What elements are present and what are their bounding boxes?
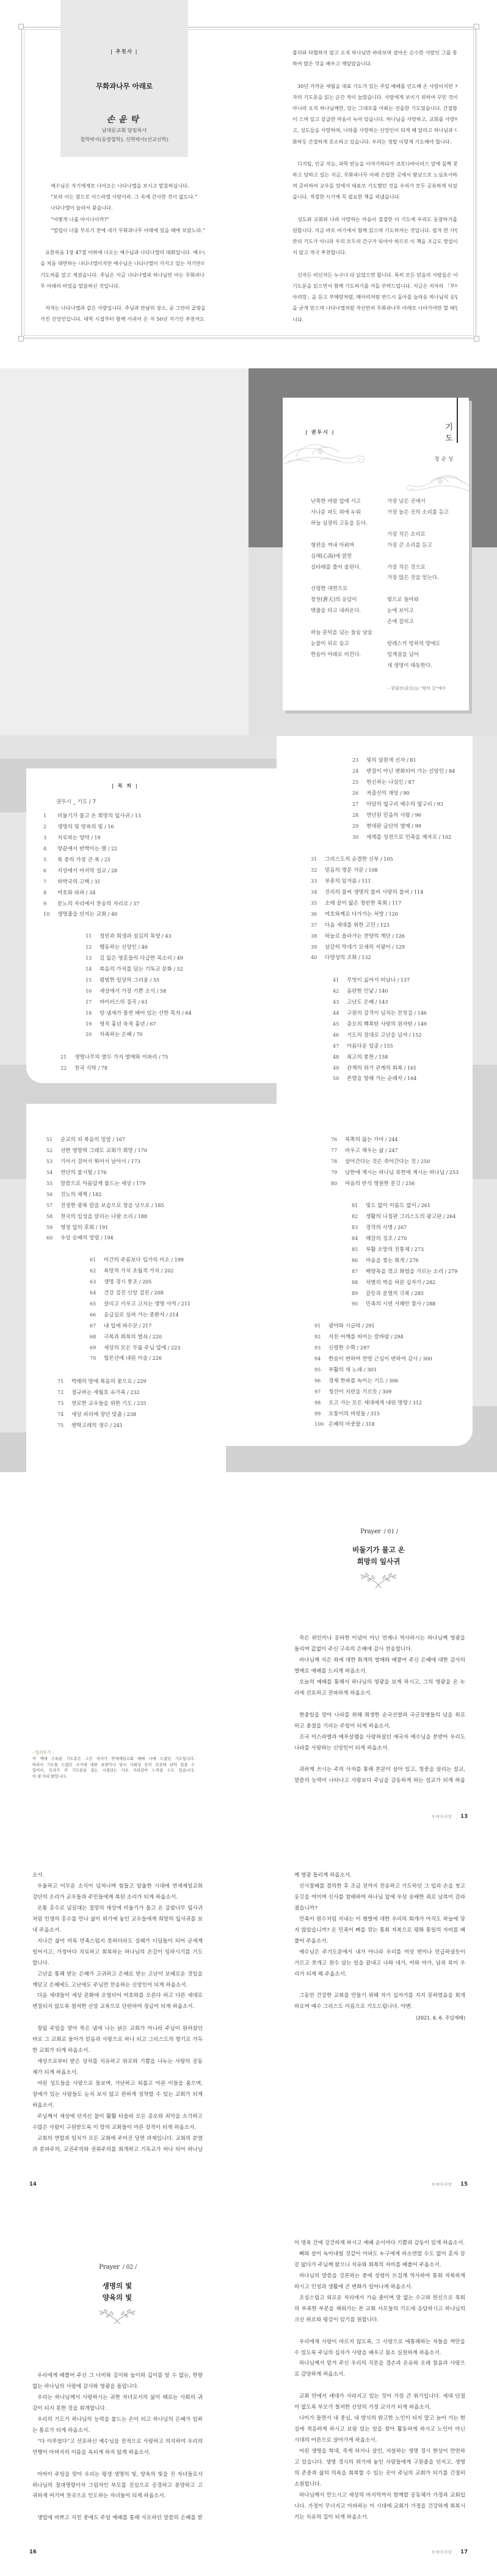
toc-entry-separator: / bbox=[374, 1054, 379, 1060]
toc-entry-title: 변질이 아닌 변화되어 가는 신앙인 bbox=[366, 768, 444, 775]
toc-entry-number: 22 bbox=[60, 1063, 74, 1074]
paragraph-group: 현충일을 맞아 나라를 위해 희생한 순국선열과 국군장병들의 넋을 위로하고 … bbox=[294, 1710, 465, 1754]
paragraph: 주님께서 세상에 던지신 불이 활활 타올라 모든 증오와 죄악을 소각하고수많… bbox=[32, 2112, 203, 2134]
toc-group: 51순교의 피 복음의 밀알 / 16752선한 영향력 그래도 교회가 희망 … bbox=[46, 1134, 164, 1244]
text-line: 말씀의 능력이 나타나고 사람보다 주님을 감동하게 하는 설교가 되게 하옵 bbox=[294, 1776, 465, 1787]
toc-entry-page: 78 bbox=[101, 1065, 107, 1071]
toc-entry-number: 38 bbox=[311, 931, 325, 942]
poem-line: 심해(心海)에 얽힌 bbox=[311, 552, 372, 563]
text-line: 바로 그 교회로 돌아가 믿음과 사랑으로 하나 되고 그리스도의 향기로 가득 bbox=[32, 2035, 203, 2046]
toc-entry: 93신령한 수확 / 297 bbox=[314, 1343, 432, 1354]
paragraph: 요한복음 1장 47절 이하에 나오는 예수님과 나다나엘의 대화입니다. 예수… bbox=[40, 247, 205, 291]
text-line: 불의와 타협하지 않고 오직 하나님만 바라보며 살아온 순수한 사람인 그를 … bbox=[292, 47, 457, 58]
text-line: 신자든 비신자든 누구나 다 읽었으면 합니다. 특히 모든 믿음의 사람들은 … bbox=[292, 269, 457, 280]
text-line: 크신 위로와 평강이 있기를 원합니다. bbox=[294, 2315, 465, 2326]
paragraph: 오늘의 예배를 통해서 하나님의 영광을 보게 하시고, 그의 영광을 온 누리… bbox=[294, 1677, 465, 1699]
toc-entry-page: 241 bbox=[114, 1423, 123, 1428]
toc-entry-title: 마음을 찢는 회개 bbox=[366, 1258, 405, 1264]
paragraph-group: 아 영육 간에 강건하게 하시고 예배 순서마다 기쁨과 감동이 있게 하옵소서… bbox=[294, 2238, 465, 2326]
page-number: 15 bbox=[460, 2181, 468, 2187]
toc-entry-title: 양 냄새가 물씬 배어 있는 선한 목자 bbox=[100, 1010, 181, 1016]
footer-separator: _ bbox=[455, 1814, 458, 1819]
toc-group: 23빛의 삼원색 신자 / 8124변질이 아닌 변화되어 가는 신앙인 / 8… bbox=[352, 755, 455, 843]
toc-entry-number: 44 bbox=[333, 1008, 347, 1019]
toc-entry-page: 84 bbox=[449, 768, 455, 774]
poem-line: 형편을 꺼내 아뢰며 bbox=[311, 541, 372, 552]
toc-entry-title: 바이러스의 질곡 bbox=[100, 999, 137, 1005]
toc-entry: 19영적 흉년 육적 흉년 / 67 bbox=[85, 1019, 192, 1030]
toc-entry-number: 97 bbox=[314, 1387, 328, 1398]
text-line: 합니다. bbox=[32, 1958, 203, 1969]
toc-entry-separator: / bbox=[366, 1411, 371, 1417]
toc-entry-number: 91 bbox=[314, 1321, 328, 1332]
toc-entry-number: 39 bbox=[311, 942, 325, 953]
running-title: 부메아리랑 bbox=[431, 2550, 452, 2555]
toc-entry-separator: / bbox=[410, 1291, 415, 1296]
toc-entry-separator: / bbox=[391, 944, 396, 950]
paragraph: “보라 이는 참으로 이스라엘 사람이라. 그 속에 간사한 것이 없도다.” bbox=[51, 191, 205, 202]
toc-entry-page: 273 bbox=[415, 1247, 424, 1252]
section-label: | 권두시 | bbox=[305, 429, 335, 436]
toc-entry-title: 행동하는 신앙인 bbox=[100, 944, 137, 950]
poem-line: 손에 잡히고 bbox=[387, 617, 449, 628]
toc-entry-page: 176 bbox=[97, 1170, 106, 1175]
toc-entry-separator: / bbox=[393, 1225, 397, 1230]
toc-entry-separator: / bbox=[155, 988, 160, 994]
prayer-number: / 01 / bbox=[384, 1529, 398, 1535]
toc-entry-separator: / bbox=[391, 933, 396, 939]
toc-entry-title: 세상 피리에 장단 맞춤 bbox=[71, 1412, 122, 1418]
paragraph-group: 저자는 나다나엘과 같은 사람입니다. 주님과 만남의 장소, 곧 그만의 골방… bbox=[40, 302, 205, 324]
toc-entry-page: 214 bbox=[169, 1312, 178, 1318]
notice-line: 이 책에 수록된 기도문은 그간 저자가 연세제일교회 예배 시에 드렸던 기도… bbox=[32, 1756, 195, 1762]
toc-entry-number: 74 bbox=[57, 1409, 71, 1420]
paragraph-group: 디지털, 인공 지능, 과학 만능을 이야기하다가 코로나바이러스 앞에 꼼짝 … bbox=[292, 158, 457, 203]
text-line: 하나님께서 맡겨 주신 우리의 직분을 겸손과 온유와 오래 참음과 사랑으 bbox=[294, 2359, 465, 2370]
poem-line: 탯줄을 타고 내려온다. bbox=[311, 606, 372, 617]
toc-entry-title: 생활의 나침판 그리스도의 광고판 bbox=[366, 1214, 441, 1220]
text-line: 생업에 바쁘고 지친 중에도 주일 예배를 통해 사모하던 말씀의 은혜를 받 bbox=[32, 2513, 203, 2524]
toc-entry-separator: / bbox=[402, 1065, 407, 1071]
toc-entry-number: 53 bbox=[46, 1156, 60, 1167]
toc-entry: 57진정한 광복 칼을 보습으로 창을 낫으로 / 185 bbox=[46, 1200, 164, 1211]
toc-entry-title: 그리스도의 순결한 신부 bbox=[325, 856, 379, 863]
toc-entry-number: 73 bbox=[57, 1398, 71, 1409]
text-line: 없는 하나님의 사랑에 감사와 영광을 돌립니다. bbox=[32, 2382, 203, 2393]
paragraph: 현충일을 맞아 나라를 위해 희생한 순국선열과 국군장병들의 넋을 위로하고 … bbox=[294, 1710, 465, 1732]
toc-entry-number: 54 bbox=[46, 1167, 60, 1178]
text-line: 졌습니까? bbox=[294, 1903, 465, 1914]
text-line: 지 않았습니까? 온 민족이 뼈를 깎는 통회 자복으로 평화 통일의 자비를 … bbox=[294, 1925, 465, 1936]
toc-entry-separator: / bbox=[374, 988, 379, 994]
toc-entry: 18양 냄새가 물씬 배어 있는 선한 목자 / 64 bbox=[85, 1008, 192, 1019]
toc-entry-page: 132 bbox=[361, 955, 371, 960]
toc-entry-page: 238 bbox=[127, 1412, 136, 1417]
toc-entry-page: 167 bbox=[116, 1137, 125, 1142]
toc-entry-separator: / bbox=[416, 1203, 421, 1208]
toc-entry: 7하박국의 고백 / 31 bbox=[43, 877, 141, 888]
toc-entry-number: 12 bbox=[85, 942, 100, 953]
toc-entry: 46기도의 장대로 고난을 넘자 / 152 bbox=[333, 1030, 427, 1041]
toc-entry: 87백향목을 꺾고 화염을 가르는 소리 / 279 bbox=[352, 1266, 457, 1277]
text-line: 세상으로부터 받은 상처를 치유하고 위로와 기쁨을 나누는 사랑의 공동 bbox=[32, 2057, 203, 2068]
toc-entry-number: 3 bbox=[43, 833, 57, 844]
toc-entry: 69세상의 모든 무릎 주님 앞에 / 223 bbox=[90, 1343, 190, 1354]
toc-entry-page: 137 bbox=[401, 977, 410, 983]
text-line: 오늘의 예배를 통해서 하나님의 영광을 보게 하시고, 그의 영광을 온 누 bbox=[294, 1677, 465, 1688]
running-title: 부메아리랑 bbox=[431, 2182, 452, 2187]
toc-entry-separator: / bbox=[137, 1323, 142, 1329]
poem-title: 기도 bbox=[443, 423, 452, 445]
toc-entry-number: 60 bbox=[46, 1233, 60, 1244]
toc-entry-page: 170 bbox=[138, 1148, 147, 1153]
paragraph-group: 죽은 위인이나 공허한 이념이 아닌 언제나 역사하시는 하나님께 영광을돌리며… bbox=[294, 1633, 465, 1699]
toc-entry-title: 여호와 라파 bbox=[57, 890, 84, 896]
toc-entry-title: 분노의 자리에서 찬송의 자리로 bbox=[57, 901, 128, 907]
toc-entry-page: 28 bbox=[111, 868, 117, 874]
toc-entry-title: 생명줄을 던지는 교회 bbox=[57, 911, 106, 918]
toc-entry-page: 276 bbox=[409, 1258, 418, 1263]
toc-entry-page: 208 bbox=[154, 1290, 163, 1296]
toc-entry: 94한숨이 변하여 찬양 근심이 변하여 감사 / 300 bbox=[314, 1354, 432, 1365]
text-line: 기도처를 알고 계셨습니다. 주님은 지금 나다나엘과 하나님만 아는 무화과나 bbox=[40, 269, 205, 280]
toc-entry-page: 267 bbox=[397, 1225, 407, 1230]
toc-entry-page: 149 bbox=[418, 1021, 427, 1027]
paragraph-group: 30년 가까운 세월을 대표 기도가 있는 주일 예배를 인도해 온 사람이지만… bbox=[292, 81, 457, 147]
toc-entry-page: 226 bbox=[153, 1356, 162, 1361]
toc-entry-page: 309 bbox=[382, 1389, 391, 1395]
page-footer: 14 bbox=[29, 2179, 37, 2188]
toc-entry-title: 삼갈의 막대기 모세의 지팡이 bbox=[325, 944, 391, 950]
toc-entry-separator: / bbox=[416, 1159, 421, 1164]
text-line: 니다. bbox=[292, 314, 457, 325]
prayer-label: Prayer bbox=[99, 2263, 120, 2271]
paragraph: 소서. bbox=[32, 1870, 203, 1881]
paragraph: 지나간 삶이 비록 만족스럽지 못하더라도 실패가 디딤돌이 되어 굳세게일어서… bbox=[32, 1936, 203, 1969]
poem-line: 가장 작은 소리로 bbox=[387, 530, 449, 541]
paragraph-group: 불의와 타협하지 않고 오직 하나님만 바라보며 살아온 순수한 사람인 그를 … bbox=[292, 47, 457, 69]
toc-entry: 54연단의 불시험 / 176 bbox=[46, 1167, 164, 1178]
paragraph: 온통 홍수로 넘실대는 절망의 세상에 비둘기가 물고 온 감람나무 잎사귀처럼… bbox=[32, 1903, 203, 1936]
toc-entry-page: 108 bbox=[368, 867, 377, 873]
toc-entry-number: 64 bbox=[90, 1288, 104, 1299]
poem-line: 한숨이 아래로 비낀다. bbox=[311, 650, 372, 661]
toc-entry-title: 진노의 채찍 bbox=[60, 1192, 87, 1198]
toc-entry: 6지상에서 마지막 설교 / 28 bbox=[43, 866, 141, 877]
paragraph: 예수님은 자기에게로 나아오는 나다나엘을 보시고 말씀하십니다. bbox=[51, 180, 205, 191]
toc-entry: 78살아간다는 것은 죽어간다는 것 / 250 bbox=[331, 1156, 459, 1167]
toc-entry-title: 하박국의 고백 bbox=[57, 879, 90, 885]
paragraph-group: 께 영광 돌리게 하옵소서.신사참배를 결의한 후 조금 전까지 찬송하고 기도… bbox=[294, 1870, 465, 1980]
text-line: 우리에게 베풀어 주신 그 너비와 길이와 높이와 깊이를 알 수 없는, 한량 bbox=[32, 2371, 203, 2382]
toc-entry-title: 빛의 삼원색 신자 bbox=[366, 757, 405, 764]
toc-entry: 5복 중의 가장 큰 복 / 25 bbox=[43, 855, 141, 866]
poem-line: 빛으로 돌아와 bbox=[387, 595, 449, 606]
toc-entry: 4땅끝에서 반짝이는 별 / 22 bbox=[43, 844, 141, 855]
toc-entry-title: 무엇이 싫어서 떠났나 bbox=[347, 977, 396, 983]
toc-entry-title: 마음의 반석 영원한 분깃 bbox=[345, 1181, 401, 1187]
toc-entry: 53기어서 걸어서 뛰어서 날아서 / 173 bbox=[46, 1156, 164, 1167]
paragraph: 어린 성도들을 사랑으로 돌보며, 가난하고 외롭고 아픈 이들을 품으며,장애… bbox=[32, 2079, 203, 2112]
running-title: 부메아리랑 bbox=[431, 1814, 452, 1819]
toc-entry-page: 202 bbox=[164, 1268, 173, 1274]
recommendation-right-column: 불의와 타협하지 않고 오직 하나님만 바라보며 살아온 순수한 사람인 그를 … bbox=[292, 47, 457, 325]
toc-heading: | 목 차 | bbox=[95, 783, 156, 790]
toc-entry-title: 순교의 피 복음의 밀알 bbox=[60, 1137, 111, 1143]
text-line: 교회의 연합과 일치가 모든 교회에 주어진 당면 과제입니다. 교회의 분열 bbox=[32, 2134, 203, 2145]
toc-entry-separator: / bbox=[133, 1214, 138, 1219]
toc-entry-page: 191 bbox=[99, 1225, 108, 1230]
toc-entry-number: 83 bbox=[352, 1222, 366, 1233]
text-line: 디지털, 인공 지능, 과학 만능을 이야기하다가 코로나바이러스 앞에 꼼짝 … bbox=[292, 158, 457, 169]
toc-entry-title: 기어서 걸어서 뛰어서 날아서 bbox=[60, 1159, 126, 1165]
paragraph-group: 요한복음 1장 47절 이하에 나오는 예수님과 나다나엘의 대화입니다. 예수… bbox=[40, 247, 205, 291]
toc-entry-page: 117 bbox=[392, 900, 401, 906]
quote-block: 예수님은 자기에게로 나아오는 나다나엘을 보시고 말씀하십니다.“보라 이는 … bbox=[40, 180, 205, 236]
recommendation-title: 무화과나무 아래로 bbox=[60, 82, 188, 90]
paragraph: 하나님께서 만드시고 세상의 마지막까지 함께할 공동체가 가정과 교회입니다.… bbox=[294, 2490, 465, 2523]
toc-entry-page: 318 bbox=[365, 1421, 374, 1427]
toc-entry-title: 절규하는 세월호 유가족 bbox=[71, 1390, 125, 1396]
paragraph: 30년 가까운 세월을 대표 기도가 있는 주일 예배를 인도해 온 사람이지만… bbox=[292, 81, 457, 147]
toc-entry-page: 16 bbox=[107, 824, 114, 830]
toc-entry: 55말씀으로 아름답게 물드는 세상 / 179 bbox=[46, 1178, 164, 1189]
toc-entry-page: 49 bbox=[177, 955, 183, 961]
paragraph: 아 영육 간에 강건하게 하시고 예배 순서마다 기쁨과 감동이 있게 하옵소서… bbox=[294, 2238, 465, 2249]
toc-entry-number: 80 bbox=[331, 1178, 345, 1189]
toc-entry-page: 13 bbox=[135, 813, 141, 819]
text-line: 뼈와 살이 녹아내릴 것같이 아파도 누구에게 하소연할 수도 없어 혼자 끙 bbox=[294, 2249, 465, 2260]
toc-entry: 90민족의 시련 서해안 참사 / 288 bbox=[352, 1299, 457, 1310]
toc-entry: 61미간의 주름보다 입가의 미소 / 199 bbox=[90, 1255, 190, 1266]
prayer-heading: Prayer/ 02 / bbox=[75, 2261, 161, 2272]
text-line: 나다나엘이 놀라서 묻습니다. bbox=[51, 202, 205, 213]
toc-entry-number: 34 bbox=[311, 887, 325, 898]
page-14-body: 소서.우울하고 어두운 소식이 넘쳐나며 힘들고 암울한 시대에 연세제일교회강… bbox=[32, 1870, 203, 2156]
toc-entry-title: 내 입에 파수꾼 bbox=[104, 1323, 137, 1329]
toc-entry-separator: / bbox=[148, 1356, 153, 1361]
notice-body: 이 책에 수록된 기도문은 그간 저자가 연세제일교회 예배 시에 드렸던 기도… bbox=[32, 1756, 195, 1779]
toc-entry-number: 24 bbox=[352, 766, 366, 777]
toc-entry-title: 지상에서 마지막 설교 bbox=[57, 868, 106, 874]
text-line: 시대의 어른으로 살아가게 하옵소서. bbox=[294, 2436, 465, 2446]
author-role: 남대문교회 담임목사 bbox=[60, 126, 188, 134]
toc-entry-number: 11 bbox=[85, 931, 100, 942]
text-line: 리가 되게 해 주옵소서. bbox=[294, 1969, 465, 1980]
toc-entry: 30세계를 성전으로 민족을 제자로 / 102 bbox=[352, 832, 455, 843]
toc-entry-page: 120 bbox=[389, 911, 398, 917]
paragraph: 민족이 원수처럼 지내는 이 형벌에 대한 우리의 회개가 아직도 하늘에 닿지… bbox=[294, 1914, 465, 1947]
text-line: 지나간 삶이 비록 만족스럽지 못하더라도 실패가 디딤돌이 되어 굳세게 bbox=[32, 1936, 203, 1947]
toc-entry: 16세상에서 가장 기쁜 소식 / 58 bbox=[85, 986, 192, 997]
toc-entry-page: 291 bbox=[365, 1323, 374, 1329]
toc-entry-number: 72 bbox=[57, 1387, 71, 1398]
toc-entry: 74세상 피리에 장단 맞춤 / 238 bbox=[57, 1409, 147, 1420]
toc-entry: 70헐몬산에 내린 이슬 / 226 bbox=[90, 1353, 190, 1364]
toc-entry-number: 84 bbox=[352, 1233, 366, 1244]
toc-entry-title: 생명의 빛 양육의 빛 bbox=[57, 824, 103, 830]
poem-line: 눈에 보이고 bbox=[387, 606, 449, 617]
toc-entry-number: 36 bbox=[311, 909, 325, 920]
toc-entry-title: 세상의 모든 무릎 주님 앞에 bbox=[104, 1345, 166, 1351]
toc-entry-number: 61 bbox=[90, 1255, 104, 1266]
toc-entry-title: 여호와께로 다가가는 처방 bbox=[325, 911, 384, 918]
toc-entry-separator: / bbox=[137, 1279, 142, 1285]
toc-entry-title: 남한에 계시는 하나님 북한에 계시는 하나님 bbox=[345, 1170, 444, 1176]
paragraph: 나이가 들면서 내 중심, 내 방식의 완고한 노인이 되지 말고 늙어 가는 … bbox=[294, 2414, 465, 2446]
notice-heading: : 일러두기 : bbox=[32, 1749, 195, 1756]
toc-entry-page: 70 bbox=[136, 1032, 142, 1037]
paragraph: 나다나엘이 놀라서 묻습니다. bbox=[51, 202, 205, 213]
toc-entry: 14복음의 가치를 담는 기독교 문화 / 52 bbox=[85, 964, 192, 975]
text-line: 깨닫고 은혜에도 고난에도 주님만 찬송하는 신앙인이 되게 하옵소서. bbox=[32, 1980, 203, 1991]
toc-entry-page: 256 bbox=[405, 1181, 415, 1186]
toc-group: 61미간의 주름보다 입가의 미소 / 19962욕망적 가치 초월적 가치 /… bbox=[90, 1255, 190, 1364]
text-line: 언행이 아버지의 이름을 욕되게 하지 않게 하옵소서. bbox=[32, 2448, 203, 2459]
toc-entry: 2생명의 빛 양육의 빛 / 16 bbox=[43, 822, 141, 833]
toc-entry-separator: / bbox=[404, 779, 408, 785]
paragraph: 뼈와 살이 녹아내릴 것같이 아파도 누구에게 하소연할 수도 없어 혼자 끙끙… bbox=[294, 2249, 465, 2271]
toc-entry-page: 99 bbox=[415, 823, 421, 829]
section-label: | 추천사 | bbox=[60, 48, 188, 56]
text-line: 고 있습니다. 생명 경시의 위기에 놓인 사람들에게 구원줄을 던지고, 생명 bbox=[294, 2457, 465, 2468]
text-line: “보라 이는 참으로 이스라엘 사람이라. 그 속에 간사한 것이 없도다.” bbox=[51, 191, 205, 202]
toc-entry-page: 217 bbox=[142, 1323, 151, 1329]
footer-separator: _ bbox=[455, 2550, 458, 2555]
text-line: 하나님께서 만드시고 세상의 마지막까지 함께할 공동체가 가정과 교회입 bbox=[294, 2490, 465, 2501]
toc-entry-title: 욕망적 가치 초월적 가치 bbox=[104, 1268, 159, 1274]
toc-entry: 59영정 앞의 후회 / 191 bbox=[46, 1222, 164, 1233]
toc-entry-title: 아름다운 임종 bbox=[347, 1043, 379, 1049]
toc-entry: 51순교의 피 복음의 밀알 / 167 bbox=[46, 1134, 164, 1145]
toc-entry-page: 81 bbox=[410, 757, 416, 763]
poem-line: 창천(蒼天)의 응답이 bbox=[311, 595, 372, 606]
text-line: 요한복음 1장 47절 이하에 나오는 예수님과 나다나엘의 대화입니다. 예수… bbox=[40, 247, 205, 258]
text-line: 저자는 나다나엘과 같은 사람입니다. 주님과 만남의 장소, 곧 그만의 골방… bbox=[40, 302, 205, 313]
toc-entry-title: 북쪽의 끓는 가마 bbox=[345, 1137, 384, 1143]
text-line: 소서. bbox=[32, 1870, 203, 1881]
toc-entry-number: 25 bbox=[352, 777, 366, 788]
paragraph: 저자는 나다나엘과 같은 사람입니다. 주님과 만남의 장소, 곧 그만의 골방… bbox=[40, 302, 205, 324]
text-line: 하시고 인성과 생활에 큰 변화가 일어나게 하옵소서. bbox=[294, 2282, 465, 2293]
toc-group: 76북쪽의 끓는 가마 / 24477비우고 채우는 삶 / 24778살아간다… bbox=[331, 1134, 459, 1189]
toc-entry-title: 복 중의 가장 큰 복 bbox=[57, 857, 100, 863]
text-line: 의 존중과 삶의 의욕을 회복할 수 있는 곳이 주님의 교회가 되기를 간절히 bbox=[294, 2468, 465, 2479]
toc-entry: 33부흥의 밑거름 / 111 bbox=[311, 876, 423, 887]
toc-entry-number: 55 bbox=[46, 1178, 60, 1189]
toc-entry-number: 78 bbox=[331, 1156, 345, 1167]
toc-entry-number: 35 bbox=[311, 898, 325, 909]
toc-entry-page: 270 bbox=[397, 1236, 407, 1241]
toc-entry-page: 247 bbox=[388, 1148, 397, 1153]
toc-entry-number: 48 bbox=[333, 1052, 347, 1063]
prayer-title-line: 비둘기가 물고 온 bbox=[336, 1544, 421, 1556]
text-line: 처럼 인생의 홍수를 만나 삶이 위기에 놓인 교우들에게 희망의 잎사귀를 보 bbox=[32, 1914, 203, 1925]
toc-entry-number: 94 bbox=[314, 1354, 328, 1365]
page-16-body: 우리에게 베풀어 주신 그 너비와 길이와 높이와 깊이를 알 수 없는, 한량… bbox=[32, 2371, 203, 2524]
toc-entry-title: 천국 식탁 bbox=[74, 1065, 96, 1071]
paragraph: 께 영광 돌리게 하옵소서. bbox=[294, 1870, 465, 1881]
toc-entry-separator: / bbox=[421, 1301, 426, 1307]
text-line: 과 분파주의, 교권주의와 권위주의를 회개하고 기독교가 하나 되어 하나님 bbox=[32, 2145, 203, 2156]
toc-entry-page: 64 bbox=[185, 1010, 191, 1016]
toc-entry-separator: / bbox=[130, 813, 135, 819]
poem-line: 난폭한 바람 앞에 서고 bbox=[311, 497, 372, 508]
toc-entry-page: 75 bbox=[162, 1054, 168, 1060]
paragraph: “다 이루었다”고 선포하신 예수님을 전적으로 사랑하고 의지하여 우리의언행… bbox=[32, 2437, 203, 2459]
toc-entry-title: 세계를 성전으로 민족을 제자로 bbox=[366, 834, 437, 841]
toc-entry-title: 부흥의 밑거름 bbox=[325, 878, 357, 885]
toc-entry-number: 76 bbox=[331, 1134, 345, 1145]
toc-entry: 11청빈과 희생과 섬김의 목양 / 43 bbox=[85, 931, 192, 942]
paragraph-group: 우리에게 베풀어 주신 그 너비와 길이와 높이와 깊이를 알 수 없는, 한량… bbox=[32, 2371, 203, 2459]
toc-entry-number: 41 bbox=[333, 975, 347, 986]
toc-entry-page: 114 bbox=[414, 889, 423, 895]
toc-entry-page: 185 bbox=[154, 1203, 164, 1208]
toc-entry-number: 62 bbox=[90, 1266, 104, 1277]
toc-entry-page: 232 bbox=[130, 1390, 139, 1395]
toc-entry-title: 경제 한파를 녹이는 기도 bbox=[328, 1378, 384, 1384]
paragraph: 디지털, 인공 지능, 과학 만능을 이야기하다가 코로나바이러스 앞에 꼼짝 … bbox=[292, 158, 457, 203]
toc-entry-separator: / bbox=[96, 1065, 101, 1071]
toc-entry-separator: / bbox=[362, 1367, 367, 1373]
toc-entry: 50본향을 향해 가는 순례자 / 164 bbox=[333, 1073, 427, 1084]
toc-entry: 26저출산의 재앙 / 90 bbox=[352, 788, 455, 799]
toc-entry-number: 95 bbox=[314, 1365, 328, 1376]
toc-entry-page: 19 bbox=[94, 835, 100, 841]
toc-entry: 67내 입에 파수꾼 / 217 bbox=[90, 1321, 190, 1332]
toc-entry-title: 백향목을 꺾고 화염을 가르는 소리 bbox=[366, 1269, 443, 1275]
toc-entry-page: 244 bbox=[388, 1137, 397, 1142]
toc-entry-separator: / bbox=[444, 1170, 449, 1175]
toc-entry-number: 77 bbox=[331, 1145, 345, 1156]
text-line: 예수님은 주기도문에서 내가 아니라 우리를 여섯 번이나 언급하셨듯이 bbox=[294, 1947, 465, 1958]
toc-entry-number: 88 bbox=[352, 1277, 366, 1288]
frame-corner-ornament bbox=[474, 24, 479, 29]
toc-entry: 97청산이 지란을 기르듯 / 309 bbox=[314, 1387, 432, 1398]
paragraph: 어버이 주일을 맞아 우리는 평생 생명의 빛, 양육의 빛을 진 자녀들로서하… bbox=[32, 2470, 203, 2503]
toc-entry-number: 21 bbox=[60, 1052, 74, 1063]
text-line: 주님께서 세상에 던지신 불이 활활 타올라 모든 증오와 죄악을 소각하고 bbox=[32, 2112, 203, 2123]
toc-entry-number: 90 bbox=[352, 1299, 366, 1310]
toc-entry-number: 50 bbox=[333, 1073, 347, 1084]
toc-entry-title: 아담의 옆구리 예수의 옆구리 bbox=[366, 801, 432, 808]
toc-entry-number: 98 bbox=[314, 1398, 328, 1409]
toc-entry-number: 8 bbox=[43, 888, 57, 899]
text-line: 가진 신앙인입니다. 대학 시절부터 함께 사귀어 온 지 50년 지기인 추천… bbox=[40, 313, 205, 324]
toc-entry-title: 빛도 없이 이름도 없이 bbox=[366, 1203, 416, 1209]
text-line: 온통 홍수로 넘실대는 절망의 세상에 비둘기가 물고 온 감람나무 잎사귀 bbox=[32, 1903, 203, 1914]
page-13-body: 죽은 위인이나 공허한 이념이 아닌 언제나 역사하시는 하나님께 영광을돌리며… bbox=[294, 1633, 465, 1787]
toc-entry: 35소매 끝이 닳은 청빈한 목회 / 117 bbox=[311, 898, 423, 909]
text-line: 강단의 소리가 교우들과 주민들에게 복된 소리가 되게 하옵소서. bbox=[32, 1892, 203, 1903]
frame-corner-ornament bbox=[18, 336, 24, 341]
toc-entry-page: 46 bbox=[142, 944, 148, 950]
toc-entry-title: 지친 어깨를 떠미는 칼바람 bbox=[328, 1334, 390, 1340]
toc-entry: 3치료하는 양약 / 19 bbox=[43, 833, 141, 844]
toc-entry-title: 다음 세대를 위한 고민 bbox=[325, 922, 375, 929]
toc-entry-page: 146 bbox=[418, 1010, 427, 1016]
toc-entry-separator: / bbox=[432, 801, 437, 807]
toc-entry-title: 자족하는 은혜 bbox=[100, 1032, 132, 1038]
prayer-title-line: 생명의 빛 bbox=[74, 2280, 160, 2292]
page-17-body: 아 영육 간에 강건하게 하시고 예배 순서마다 기쁨과 감동이 있게 하옵소서… bbox=[294, 2238, 465, 2523]
text-line: 가르고 쪼개고 원수 삼는 일을 끝내고 나와 네가, 여와 야가, 남과 북이… bbox=[294, 1958, 465, 1969]
toc-entry: 68극복과 회복의 열쇠 / 220 bbox=[90, 1332, 190, 1343]
paragraph: 교회의 연합과 일치가 모든 교회에 주어진 당면 과제입니다. 교회의 분열과… bbox=[32, 2134, 203, 2156]
paragraph: 그동안 건강한 교회를 만들기 위해 자기 십자가를 지지 못하였음을 회개하오… bbox=[294, 1991, 465, 2013]
toc-entry-separator: / bbox=[148, 1334, 153, 1340]
